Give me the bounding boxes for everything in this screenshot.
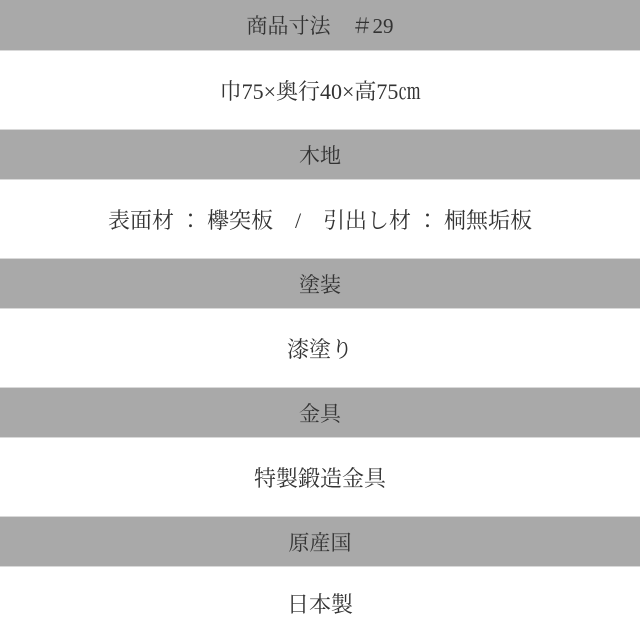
spec-value-text: 表面材 ： 欅突板 / 引出し材 ： 桐無垢板 (108, 204, 532, 235)
spec-value-row: 巾75×奥行40×高75㎝ (0, 51, 640, 129)
spec-header-row: 木地 (0, 129, 640, 180)
spec-value-row: 特製鍛造金具 (0, 438, 640, 516)
spec-header-row: 原産国 (0, 516, 640, 567)
spec-header-label: 金具 (299, 398, 341, 428)
spec-value-text: 漆塗り (287, 333, 353, 364)
spec-header-label: 原産国 (289, 527, 352, 557)
spec-value-text: 日本製 (287, 588, 353, 619)
spec-section-origin: 原産国 日本製 (0, 516, 640, 639)
spec-section-dimensions: 商品寸法 ＃29 巾75×奥行40×高75㎝ (0, 0, 640, 129)
spec-value-row: 漆塗り (0, 309, 640, 387)
spec-value-text: 巾75×奥行40×高75㎝ (220, 75, 421, 106)
spec-section-hardware: 金具 特製鍛造金具 (0, 387, 640, 516)
spec-value-text: 特製鍛造金具 (254, 462, 386, 493)
spec-value-row: 日本製 (0, 567, 640, 639)
spec-section-finish: 塗装 漆塗り (0, 258, 640, 387)
spec-value-row: 表面材 ： 欅突板 / 引出し材 ： 桐無垢板 (0, 180, 640, 258)
spec-header-label: 木地 (299, 140, 341, 170)
spec-header-label: 商品寸法 ＃29 (247, 10, 394, 40)
spec-header-row: 商品寸法 ＃29 (0, 0, 640, 51)
product-spec-table: 商品寸法 ＃29 巾75×奥行40×高75㎝ 木地 表面材 ： 欅突板 / 引出… (0, 0, 640, 639)
spec-header-row: 金具 (0, 387, 640, 438)
spec-section-wood: 木地 表面材 ： 欅突板 / 引出し材 ： 桐無垢板 (0, 129, 640, 258)
spec-header-label: 塗装 (299, 269, 341, 299)
spec-header-row: 塗装 (0, 258, 640, 309)
